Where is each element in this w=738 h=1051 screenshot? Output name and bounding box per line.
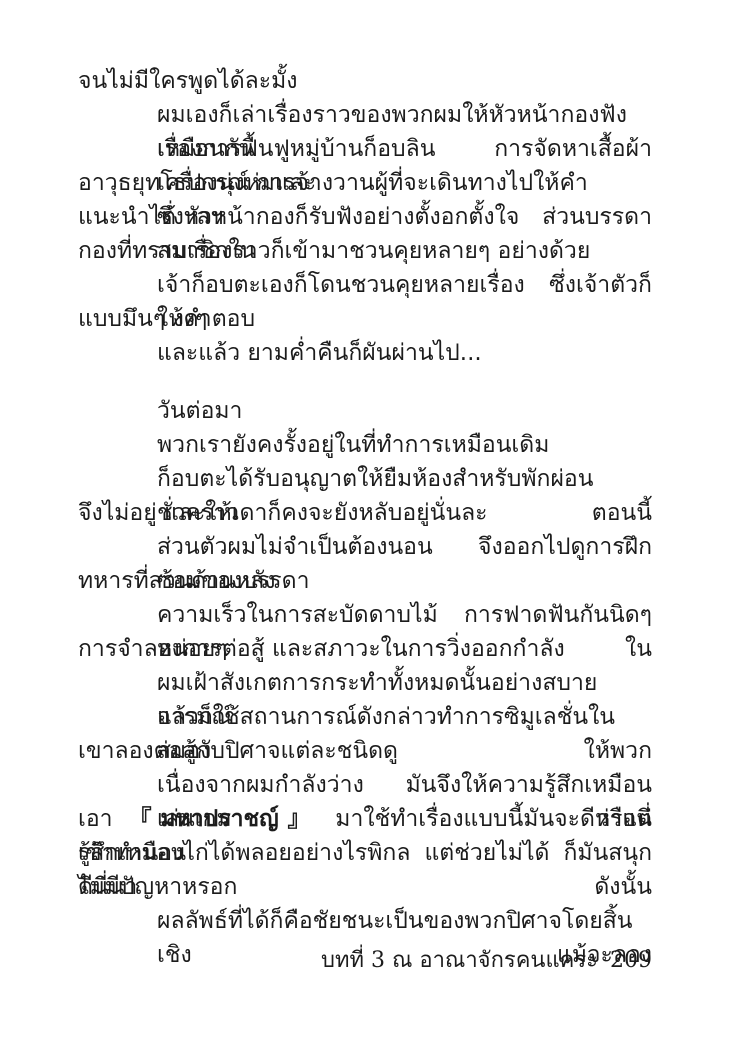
- text-line: แล้วก็ใช้สถานการณ์ดังกล่าวทำการซิมูเลชั่…: [78, 700, 652, 734]
- text-line: เจ้าก็อบตะเองก็โดนชวนคุยหลายเรื่อง ซึ่งเ…: [78, 268, 652, 302]
- text-line: แบบมึนๆ งงๆ: [78, 302, 652, 336]
- text-line: อาวุธยุทโธปกรณ์ การจ้างวานผู้ที่จะเดินทา…: [78, 166, 652, 200]
- text-line: ทหารที่สวนด้านหลัง: [78, 564, 652, 598]
- book-page: จนไม่มีใครพูดได้ละมั้งผมเองก็เล่าเรื่องร…: [0, 0, 738, 1051]
- text-line: ผมเองก็เล่าเรื่องราวของพวกผมให้หัวหน้ากอ…: [78, 98, 652, 132]
- text-line: ซึ่งหัวหน้ากองก็รับฟังอย่างตั้งอกตั้งใจ …: [78, 200, 652, 234]
- text-line: เรื่องการฟื้นฟูหมู่บ้านก็อบลิน การจัดหาเ…: [78, 132, 652, 166]
- page-footer: บทที่ 3 ณ อาณาจักรคนแคระ209: [78, 944, 652, 978]
- text-line: ผมเฝ้าสังเกตการกระทำทั้งหมดนั้นอย่างสบาย…: [78, 666, 652, 700]
- text-line: วันต่อมา: [78, 394, 652, 428]
- text-line: กองที่ทราบเรื่องราวก็เข้ามาชวนคุยหลายๆ อ…: [78, 234, 652, 268]
- emphasized-skill-name: 『มหาปราชญ์』: [129, 806, 320, 832]
- text-line: เนื่องจากผมกำลังว่าง มันจึงให้ความรู้สึก…: [78, 768, 652, 802]
- text-segment: เอา: [78, 806, 129, 832]
- body-text: จนไม่มีใครพูดได้ละมั้งผมเองก็เล่าเรื่องร…: [78, 64, 652, 938]
- text-line: ความเร็วในการสะบัดดาบไม้ การฟาดฟันกันนิด…: [78, 598, 652, 632]
- text-line: จนไม่มีใครพูดได้ละมั้ง: [78, 64, 652, 98]
- page-number: 209: [610, 948, 652, 973]
- text-line: และแล้ว ยามค่ำคืนก็ผันผ่านไป...: [78, 336, 652, 370]
- text-line: พวกเรายังคงรั้งอยู่ในที่ทำการเหมือนเดิม: [78, 428, 652, 462]
- paragraph-gap: [78, 370, 652, 394]
- chapter-title: บทที่ 3 ณ อาณาจักรคนแคระ: [321, 948, 598, 973]
- text-line: เข้าทำนองไก่ได้พลอยอย่างไรพิกล แต่ช่วยไม…: [78, 836, 652, 870]
- text-line: เอา 『มหาปราชญ์』 มาใช้ทำเรื่องแบบนี้มันจะ…: [78, 802, 652, 836]
- text-line: ก็อบตะได้รับอนุญาตให้ยืมห้องสำหรับพักผ่อ…: [78, 462, 652, 496]
- text-line: ส่วนตัวผมไม่จำเป็นต้องนอน จึงออกไปดูการฝ…: [78, 530, 652, 564]
- text-line: ผลลัพธ์ที่ได้ก็คือชัยชนะเป็นของพวกปิศาจโ…: [78, 904, 652, 938]
